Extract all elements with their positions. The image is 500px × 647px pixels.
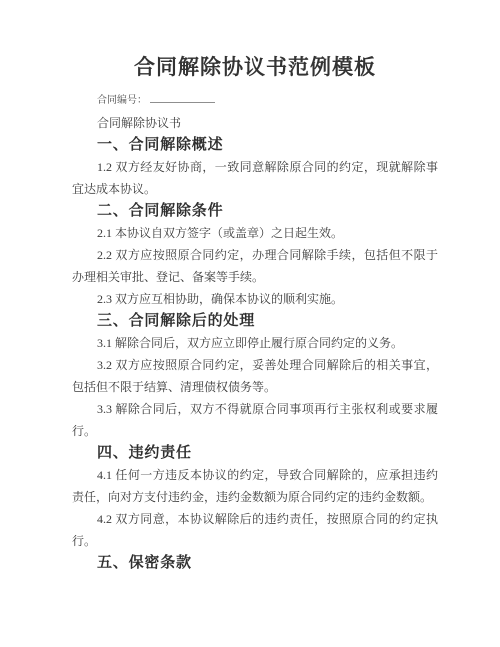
- document-page: 合同解除协议书范例模板 合同编号： 合同解除协议书 一、合同解除概述 1.2 双…: [72, 55, 438, 574]
- contract-number-label: 合同编号：: [97, 95, 147, 106]
- contract-number-line: 合同编号：: [72, 90, 438, 112]
- section-heading-5: 五、保密条款: [72, 552, 438, 574]
- clause-2-3: 2.3 双方应互相协助，确保本协议的顺利实施。: [72, 288, 438, 310]
- clause-4-1: 4.1 任何一方违反本协议的约定，导致合同解除的，应承担违约责任，向对方支付违约…: [72, 464, 438, 508]
- section-heading-1: 一、合同解除概述: [72, 134, 438, 156]
- clause-2-1: 2.1 本协议自双方签字（或盖章）之日起生效。: [72, 222, 438, 244]
- section-heading-4: 四、违约责任: [72, 442, 438, 464]
- document-subtitle: 合同解除协议书: [72, 112, 438, 134]
- clause-1-2: 1.2 双方经友好协商，一致同意解除原合同的约定，现就解除事宜达成本协议。: [72, 156, 438, 200]
- clause-4-2: 4.2 双方同意，本协议解除后的违约责任，按照原合同的约定执行。: [72, 508, 438, 552]
- section-heading-2: 二、合同解除条件: [72, 200, 438, 222]
- clause-3-2: 3.2 双方应按照原合同约定，妥善处理合同解除后的相关事宜，包括但不限于结算、清…: [72, 354, 438, 398]
- document-title: 合同解除协议书范例模板: [72, 55, 438, 81]
- clause-3-3: 3.3 解除合同后，双方不得就原合同事项再行主张权利或要求履行。: [72, 398, 438, 442]
- contract-number-blank-field: [150, 91, 215, 103]
- clause-3-1: 3.1 解除合同后，双方应立即停止履行原合同约定的义务。: [72, 332, 438, 354]
- clause-2-2: 2.2 双方应按照原合同约定，办理合同解除手续，包括但不限于办理相关审批、登记、…: [72, 244, 438, 288]
- section-heading-3: 三、合同解除后的处理: [72, 310, 438, 332]
